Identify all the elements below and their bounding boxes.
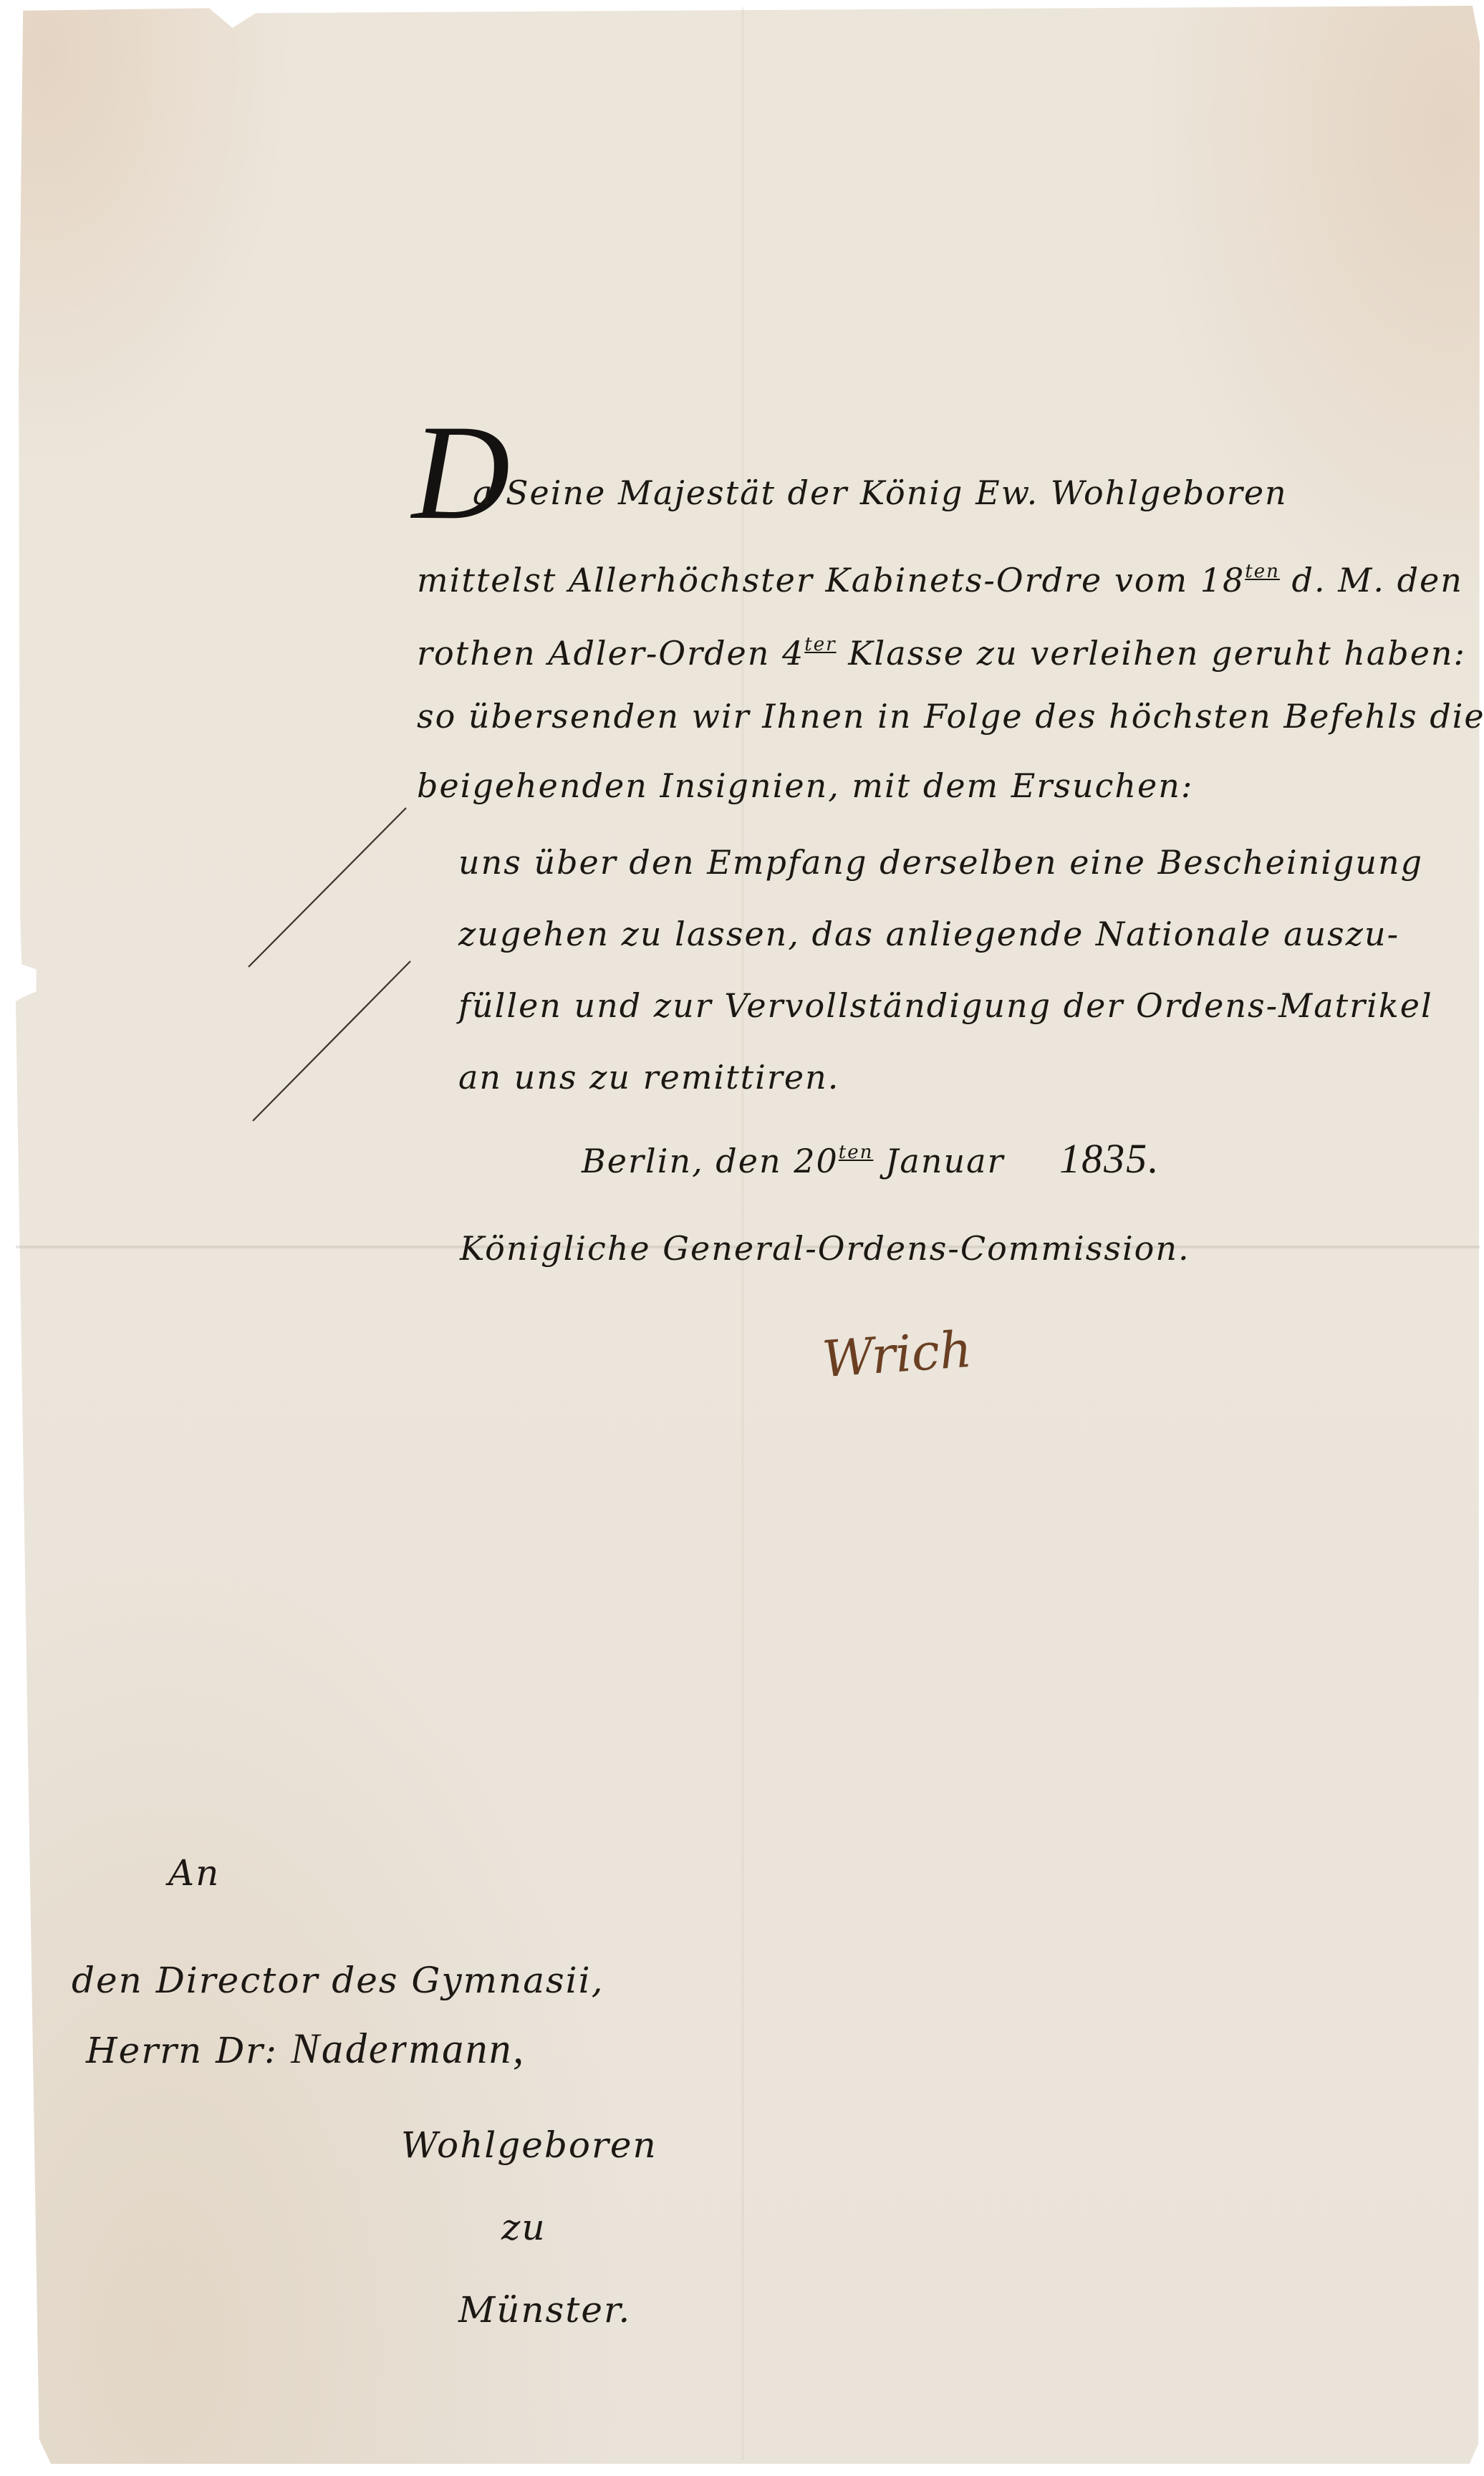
letter-line-2-tail: d. M. den (1292, 561, 1463, 599)
decorative-initial: D (412, 405, 510, 541)
letter-line-4: so übersenden wir Ihnen in Folge des höc… (417, 700, 1484, 733)
letter-line-2: mittelst Allerhöchster Kabinets-Ordre vo… (417, 555, 1463, 597)
letter-line-1: a Seine Majestät der König Ew. Wohlgebor… (473, 476, 1288, 509)
address-salutation: An (168, 1855, 220, 1891)
date-year: 1835. (1059, 1135, 1160, 1182)
place-date-prefix: Berlin, den 20 (582, 1142, 839, 1180)
ordinal-superscript: ten (1245, 561, 1280, 582)
letter-line-3-tail: Klasse zu verleihen geruht haben: (848, 634, 1466, 673)
letter-line-2-text: mittelst Allerhöchster Kabinets-Ordre vo… (417, 561, 1245, 599)
ordinal-superscript: ter (804, 634, 836, 655)
letter-line-3-text: rothen Adler-Orden 4 (417, 634, 804, 673)
address-line-1: den Director des Gymnasii, (72, 1962, 604, 1998)
address-line-4: zu (501, 2210, 546, 2245)
letter-line-7: zugehen zu lassen, das anliegende Nation… (458, 917, 1399, 950)
recipient-name: Nadermann, (291, 2025, 526, 2072)
signature: Wrich (820, 1320, 973, 1389)
address-line-5: Münster. (458, 2292, 631, 2328)
address-line-2: Herrn Dr: Nadermann, (86, 2031, 526, 2068)
place-date-line: Berlin, den 20ten Januar 1835. (582, 1136, 1160, 1177)
letter-line-3: rothen Adler-Orden 4ter Klasse zu verlei… (417, 628, 1466, 670)
letter-line-8: füllen und zur Vervollständigung der Ord… (458, 989, 1433, 1022)
ordinal-superscript: ten (839, 1142, 874, 1163)
address-line-3: Wohlgeboren (401, 2127, 657, 2163)
date-month: Januar (885, 1142, 1005, 1180)
letter-line-5: beigehenden Insignien, mit dem Ersuchen: (417, 769, 1193, 802)
issuer-line: Königliche General-Ordens-Commission. (460, 1232, 1190, 1265)
letter-line-9: an uns zu remittiren. (458, 1061, 839, 1094)
letter-line-6: uns über den Empfang derselben eine Besc… (458, 846, 1423, 879)
address-title: Herrn Dr: (86, 2030, 278, 2071)
